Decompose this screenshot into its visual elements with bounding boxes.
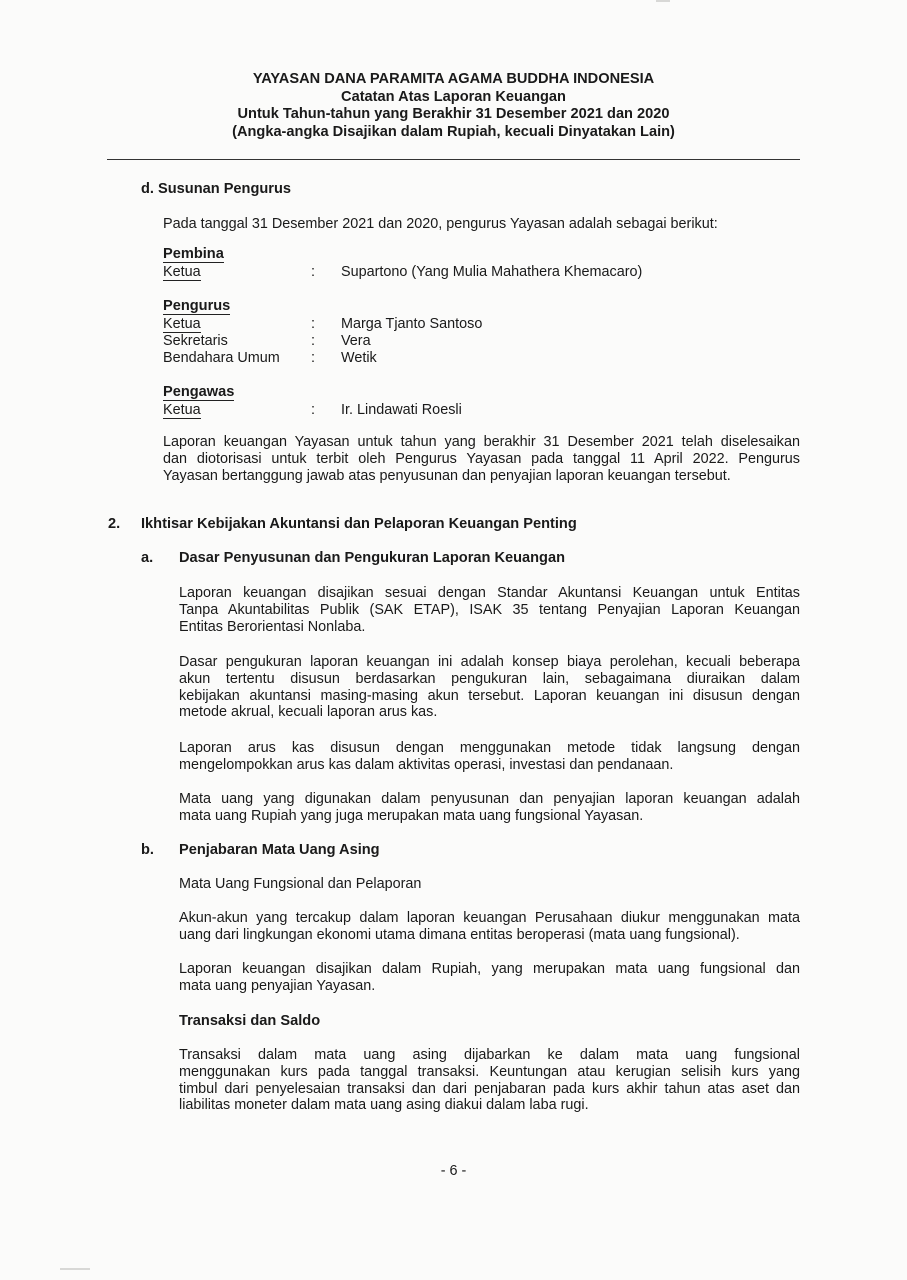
- text-line: timbul dari penyelesaian transaksi dan d…: [179, 1081, 800, 1098]
- subsection-a-letter: a.: [141, 550, 153, 566]
- section-2-heading: Ikhtisar Kebijakan Akuntansi dan Pelapor…: [141, 516, 577, 532]
- colon: :: [311, 402, 315, 419]
- text-line: menggunakan kurs pada tanggal transaksi.…: [179, 1064, 800, 1081]
- text-line: Laporan arus kas disusun dengan mengguna…: [179, 740, 800, 757]
- member-row: Bendahara Umum : Wetik: [163, 350, 763, 367]
- colon: :: [311, 350, 315, 367]
- header-organization: YAYASAN DANA PARAMITA AGAMA BUDDHA INDON…: [0, 71, 907, 89]
- subsection-b-paragraph-2: Laporan keuangan disajikan dalam Rupiah,…: [179, 961, 800, 995]
- subsection-b-subheading-transactions: Transaksi dan Saldo: [179, 1013, 320, 1029]
- header-title: Catatan Atas Laporan Keuangan: [0, 89, 907, 107]
- subsection-a-paragraph-3: Laporan arus kas disusun dengan mengguna…: [179, 740, 800, 774]
- text-line: akun tertentu disusun berdasarkan penguk…: [179, 671, 800, 688]
- scan-artifact: [60, 1268, 90, 1270]
- text-line: Yayasan bertanggung jawab atas penyusuna…: [163, 468, 800, 485]
- colon: :: [311, 264, 315, 281]
- header-period: Untuk Tahun-tahun yang Berakhir 31 Desem…: [0, 106, 907, 124]
- section-d-intro: Pada tanggal 31 Desember 2021 dan 2020, …: [163, 216, 718, 232]
- text-line: Dasar pengukuran laporan keuangan ini ad…: [179, 654, 800, 671]
- text-line: Mata uang yang digunakan dalam penyusuna…: [179, 791, 800, 808]
- group-title-pengurus: Pengurus: [163, 298, 230, 315]
- subsection-a-paragraph-2: Dasar pengukuran laporan keuangan ini ad…: [179, 654, 800, 721]
- subsection-a-paragraph-1: Laporan keuangan disajikan sesuai dengan…: [179, 585, 800, 635]
- section-2-number: 2.: [108, 516, 120, 532]
- header-currency-note: (Angka-angka Disajikan dalam Rupiah, kec…: [0, 124, 907, 142]
- subsection-b-letter: b.: [141, 842, 154, 858]
- member-row: Ketua : Supartono (Yang Mulia Mahathera …: [163, 264, 763, 281]
- text-line: Entitas Berorientasi Nonlaba.: [179, 619, 800, 636]
- text-line: mengelompokkan arus kas dalam aktivitas …: [179, 757, 800, 774]
- member-role: Sekretaris: [163, 333, 228, 350]
- text-line: Laporan keuangan disajikan sesuai dengan…: [179, 585, 800, 602]
- text-line: dan diotorisasi untuk terbit oleh Pengur…: [163, 451, 800, 468]
- page-number: - 6 -: [0, 1163, 907, 1179]
- text-line: mata uang penyajian Yayasan.: [179, 978, 800, 995]
- colon: :: [311, 316, 315, 333]
- colon: :: [311, 333, 315, 350]
- section-d-closing-paragraph: Laporan keuangan Yayasan untuk tahun yan…: [163, 434, 800, 484]
- subsection-b-paragraph-1: Akun-akun yang tercakup dalam laporan ke…: [179, 910, 800, 944]
- member-row: Ketua : Marga Tjanto Santoso: [163, 316, 763, 333]
- member-name: Supartono (Yang Mulia Mahathera Khemacar…: [341, 264, 642, 281]
- member-name: Marga Tjanto Santoso: [341, 316, 482, 333]
- header-divider: [107, 159, 800, 160]
- member-row: Sekretaris : Vera: [163, 333, 763, 350]
- group-title-pembina: Pembina: [163, 246, 224, 263]
- document-header: YAYASAN DANA PARAMITA AGAMA BUDDHA INDON…: [0, 71, 907, 141]
- text-line: Laporan keuangan Yayasan untuk tahun yan…: [163, 434, 800, 451]
- subsection-b-heading: Penjabaran Mata Uang Asing: [179, 842, 380, 858]
- text-line: Akun-akun yang tercakup dalam laporan ke…: [179, 910, 800, 927]
- member-name: Vera: [341, 333, 371, 350]
- subsection-b-subheading-functional: Mata Uang Fungsional dan Pelaporan: [179, 876, 421, 892]
- scan-artifact: [656, 0, 670, 2]
- text-line: liabilitas moneter dalam mata uang asing…: [179, 1097, 800, 1114]
- member-role: Ketua: [163, 402, 201, 419]
- document-page: YAYASAN DANA PARAMITA AGAMA BUDDHA INDON…: [0, 0, 907, 1280]
- text-line: kebijakan akuntansi masing-masing akun t…: [179, 688, 800, 705]
- text-line: Laporan keuangan disajikan dalam Rupiah,…: [179, 961, 800, 978]
- text-line: Tanpa Akuntabilitas Publik (SAK ETAP), I…: [179, 602, 800, 619]
- member-row: Ketua : Ir. Lindawati Roesli: [163, 402, 763, 419]
- member-role: Ketua: [163, 316, 201, 333]
- text-line: Transaksi dalam mata uang asing dijabark…: [179, 1047, 800, 1064]
- subsection-a-paragraph-4: Mata uang yang digunakan dalam penyusuna…: [179, 791, 800, 825]
- group-title-pengawas: Pengawas: [163, 384, 234, 401]
- subsection-a-heading: Dasar Penyusunan dan Pengukuran Laporan …: [179, 550, 565, 566]
- member-role: Bendahara Umum: [163, 350, 280, 367]
- section-d-heading: d. Susunan Pengurus: [141, 181, 291, 197]
- member-name: Ir. Lindawati Roesli: [341, 402, 462, 419]
- text-line: uang dari lingkungan ekonomi utama diman…: [179, 927, 800, 944]
- subsection-b-paragraph-3: Transaksi dalam mata uang asing dijabark…: [179, 1047, 800, 1114]
- member-role: Ketua: [163, 264, 201, 281]
- text-line: metode akrual, kecuali laporan arus kas.: [179, 704, 800, 721]
- member-name: Wetik: [341, 350, 377, 367]
- text-line: mata uang Rupiah yang juga merupakan mat…: [179, 808, 800, 825]
